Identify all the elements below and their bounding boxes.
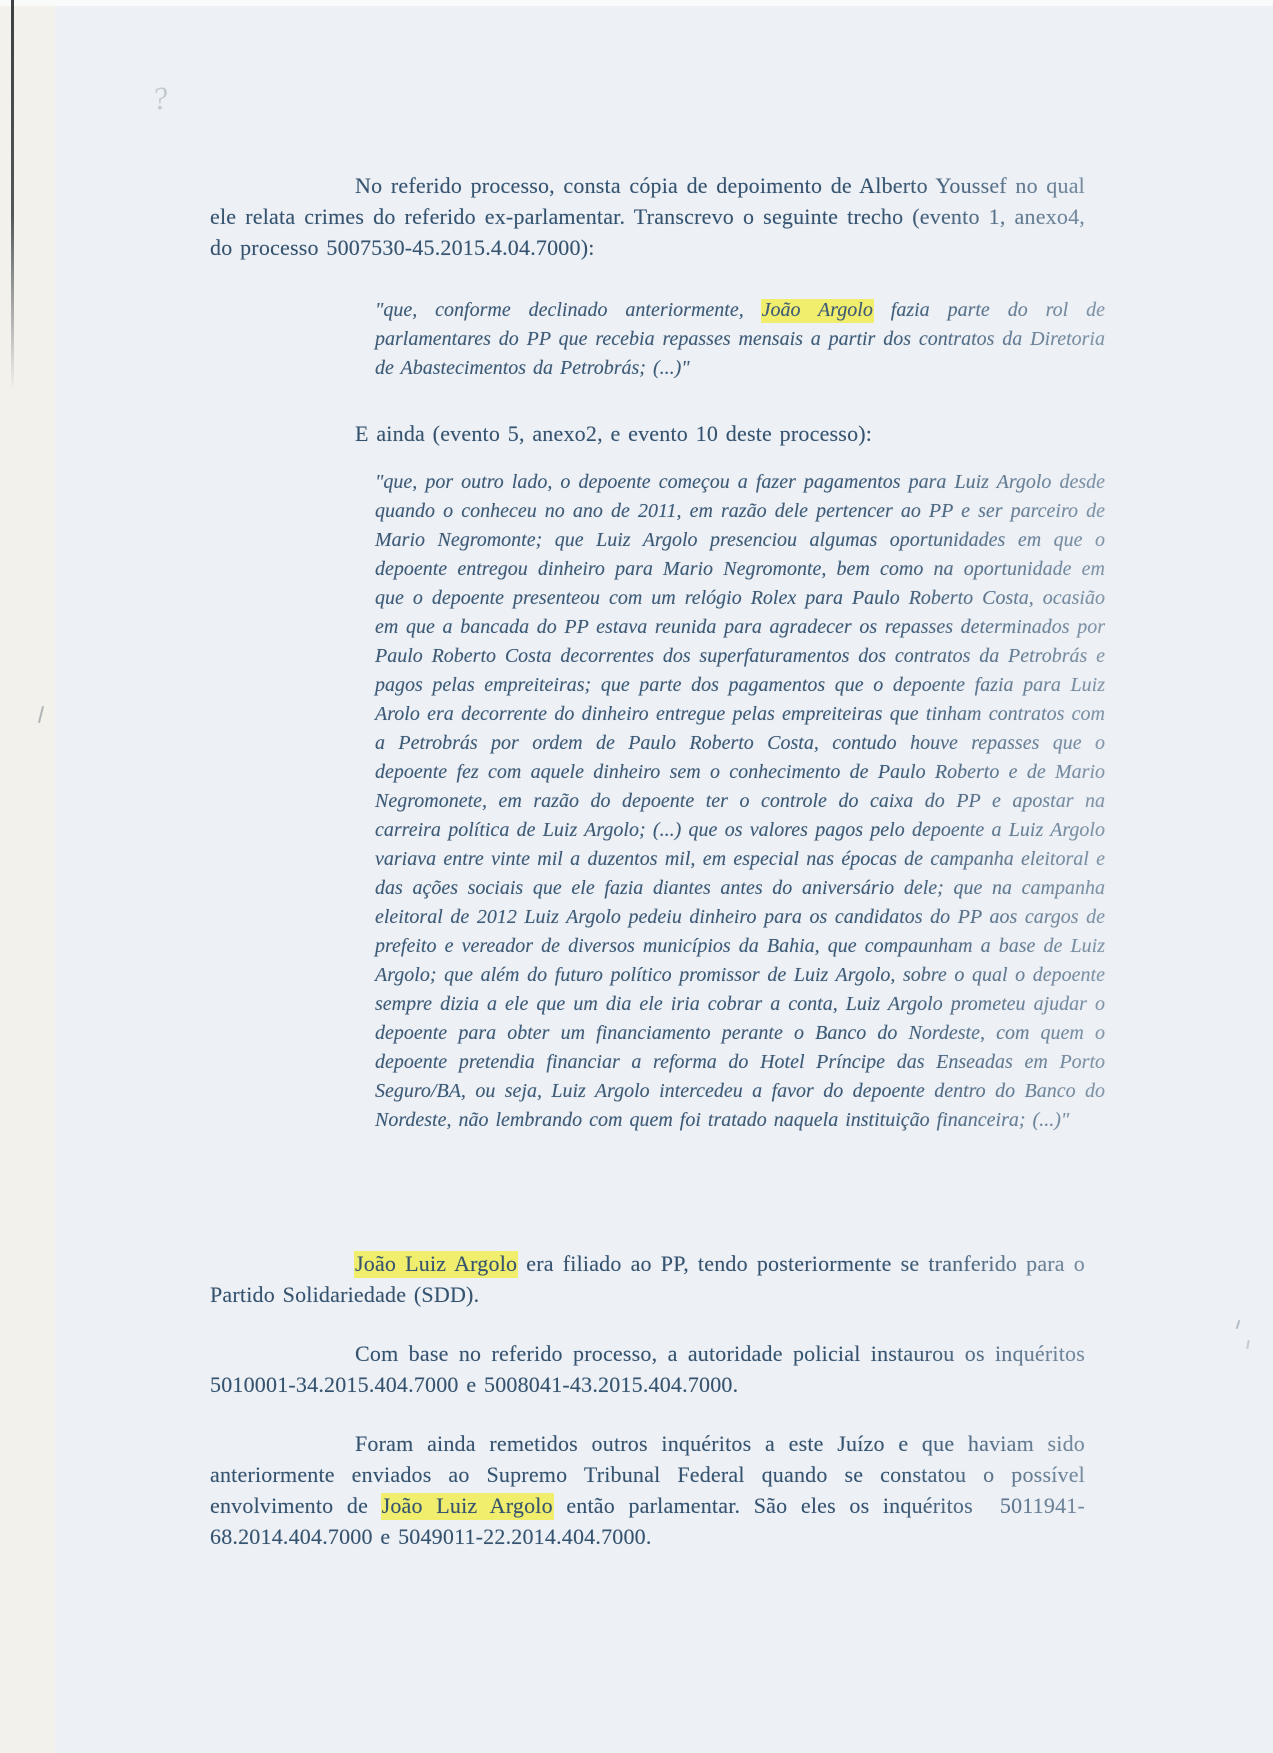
text-segment: E ainda (evento 5, anexo2, e evento 10 d… [355,421,872,446]
speck-mark [1246,1340,1250,1349]
scanned-document-page: ? No referido processo, consta cópia de … [0,0,1273,1753]
highlighted-name: João Argolo [762,299,873,321]
text-segment: No referido processo, consta cópia de de… [210,173,1085,260]
pen-squiggle-mark: ? [150,79,171,118]
scan-edge-line-artifact [11,0,14,390]
paragraph: No referido processo, consta cópia de de… [210,170,1085,263]
paragraph: João Luiz Argolo era filiado ao PP, tend… [210,1248,1085,1310]
text-segment: Com base no referido processo, a autorid… [210,1341,1085,1397]
text-segment: era filiado ao PP, tendo posteriormente … [210,1251,1085,1307]
text-segment: "que, por outro lado, o depoente começou… [375,471,1105,1131]
highlighted-name: João Luiz Argolo [382,1493,553,1518]
text-segment: "que, conforme declinado anteriormente, [375,299,762,321]
paragraph: Com base no referido processo, a autorid… [210,1338,1085,1400]
paragraph: Foram ainda remetidos outros inquéritos … [210,1428,1085,1552]
highlighted-name: João Luiz Argolo [355,1251,517,1276]
paragraph: E ainda (evento 5, anexo2, e evento 10 d… [210,418,1085,449]
scanner-top-edge [0,0,1273,6]
speck-mark [1236,1320,1241,1329]
quote-block: "que, por outro lado, o depoente começou… [375,468,1105,1135]
scanner-edge-strip [0,0,55,1753]
quote-block: "que, conforme declinado anteriormente, … [375,296,1105,383]
